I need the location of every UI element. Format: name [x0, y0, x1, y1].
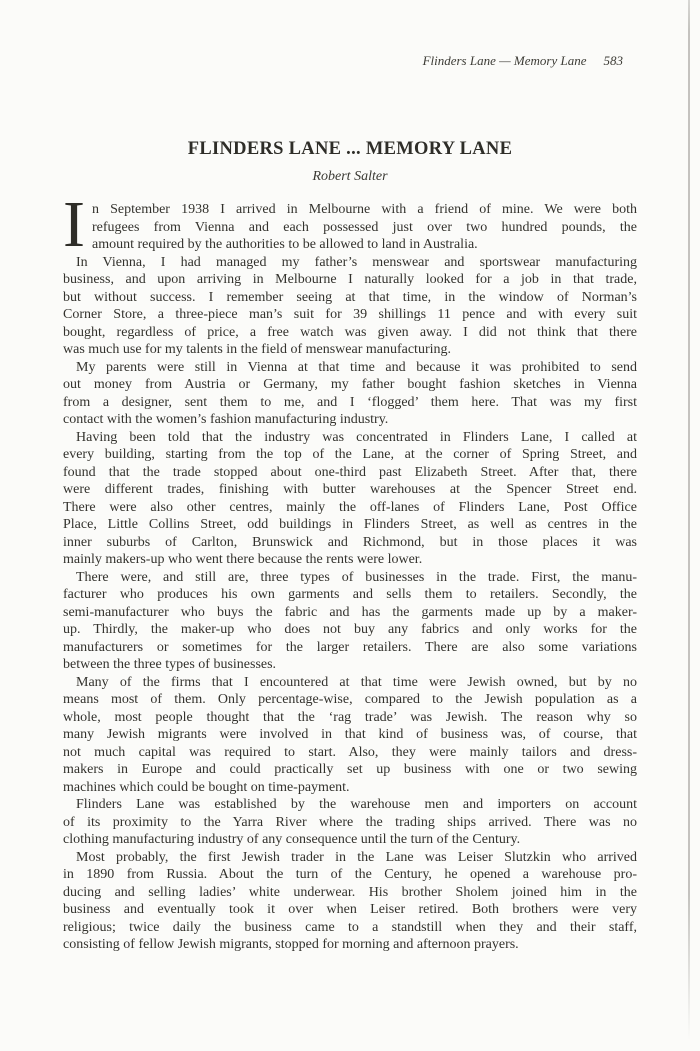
text-line: business, and upon arriving in Melbourne…	[63, 271, 637, 289]
text-line: amount required by the authorities to be…	[63, 236, 637, 254]
text-line: facturer who produces his own garments a…	[63, 586, 637, 604]
page-number: 583	[604, 53, 624, 69]
text-line: means most of them. Only percentage-wise…	[63, 691, 637, 709]
text-line: ducing and selling ladies’ white underwe…	[63, 884, 637, 902]
text-line: Place, Little Collins Street, odd buildi…	[63, 516, 637, 534]
text-line: from a designer, sent them to me, and I …	[63, 394, 637, 412]
text-line: semi-manufacturer who buys the fabric an…	[63, 604, 637, 622]
paragraph-3: My parents were still in Vienna at that …	[63, 359, 637, 429]
text-line: many Jewish migrants were involved in th…	[63, 726, 637, 744]
text-line: Having been told that the industry was c…	[63, 429, 637, 447]
paragraph-8: Most probably, the first Jewish trader i…	[63, 849, 637, 954]
text-line: makers in Europe and could practically s…	[63, 761, 637, 779]
text-line: was much use for my talents in the field…	[63, 341, 637, 359]
text-line: Corner Store, a three-piece man’s suit f…	[63, 306, 637, 324]
text-line: not much capital was required to start. …	[63, 744, 637, 762]
text-line: manufacturers or sometimes for the large…	[63, 639, 637, 657]
text-line: clothing manufacturing industry of any c…	[63, 831, 637, 849]
paragraph-1: In September 1938 I arrived in Melbourne…	[63, 201, 637, 254]
text-line: Many of the firms that I encountered at …	[63, 674, 637, 692]
text-line: out money from Austria or Germany, my fa…	[63, 376, 637, 394]
text-line: Most probably, the first Jewish trader i…	[63, 849, 637, 867]
text-line: whole, most people thought that the ‘rag…	[63, 709, 637, 727]
running-header: Flinders Lane — Memory Lane583	[423, 53, 623, 69]
text-line: bought, regardless of price, a free watc…	[63, 324, 637, 342]
text-line: but without success. I remember seeing a…	[63, 289, 637, 307]
text-line: in 1890 from Russia. About the turn of t…	[63, 866, 637, 884]
page-edge-scan-line	[688, 0, 690, 1040]
text-line: consisting of fellow Jewish migrants, st…	[63, 936, 637, 954]
book-page: Flinders Lane — Memory Lane583 FLINDERS …	[0, 0, 700, 1051]
text-line: business and eventually took it over whe…	[63, 901, 637, 919]
article-title: FLINDERS LANE ... MEMORY LANE	[63, 139, 637, 160]
text-line: There were, and still are, three types o…	[63, 569, 637, 587]
text-line: inner suburbs of Carlton, Brunswick and …	[63, 534, 637, 552]
text-line: My parents were still in Vienna at that …	[63, 359, 637, 377]
text-line: In Vienna, I had managed my father’s men…	[63, 254, 637, 272]
text-line: religious; twice daily the business came…	[63, 919, 637, 937]
text-line: contact with the women’s fashion manufac…	[63, 411, 637, 429]
text-line: n September 1938 I arrived in Melbourne …	[63, 201, 637, 219]
text-line: every building, starting from the top of…	[63, 446, 637, 464]
article-author: Robert Salter	[63, 169, 637, 185]
paragraph-2: In Vienna, I had managed my father’s men…	[63, 254, 637, 359]
text-line: were different trades, finishing with bu…	[63, 481, 637, 499]
paragraph-6: Many of the firms that I encountered at …	[63, 674, 637, 797]
text-line: up. Thirdly, the maker-up who does not b…	[63, 621, 637, 639]
text-line: Flinders Lane was established by the war…	[63, 796, 637, 814]
text-line: between the three types of businesses.	[63, 656, 637, 674]
running-title: Flinders Lane — Memory Lane	[423, 53, 587, 68]
drop-cap: I	[63, 202, 85, 252]
text-line: of its proximity to the Yarra River wher…	[63, 814, 637, 832]
article-body: In September 1938 I arrived in Melbourne…	[63, 201, 637, 954]
text-line: There were also other centres, mainly th…	[63, 499, 637, 517]
paragraph-5: There were, and still are, three types o…	[63, 569, 637, 674]
paragraph-4: Having been told that the industry was c…	[63, 429, 637, 569]
paragraph-7: Flinders Lane was established by the war…	[63, 796, 637, 849]
text-line: found that the trade stopped about one-t…	[63, 464, 637, 482]
text-line: refugees from Vienna and each possessed …	[63, 219, 637, 237]
text-line: machines which could be bought on time-p…	[63, 779, 637, 797]
text-line: mainly makers-up who went there because …	[63, 551, 637, 569]
